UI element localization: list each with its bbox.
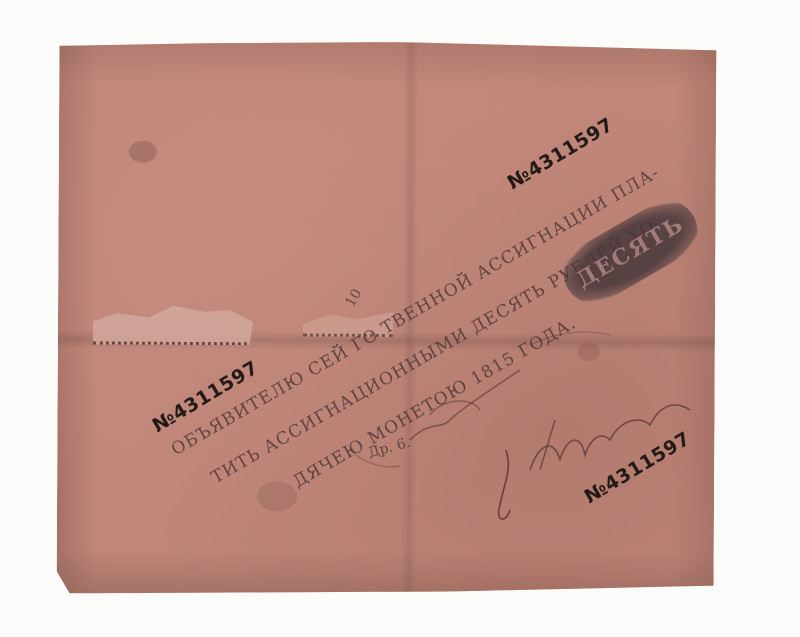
signatures bbox=[0, 0, 800, 637]
